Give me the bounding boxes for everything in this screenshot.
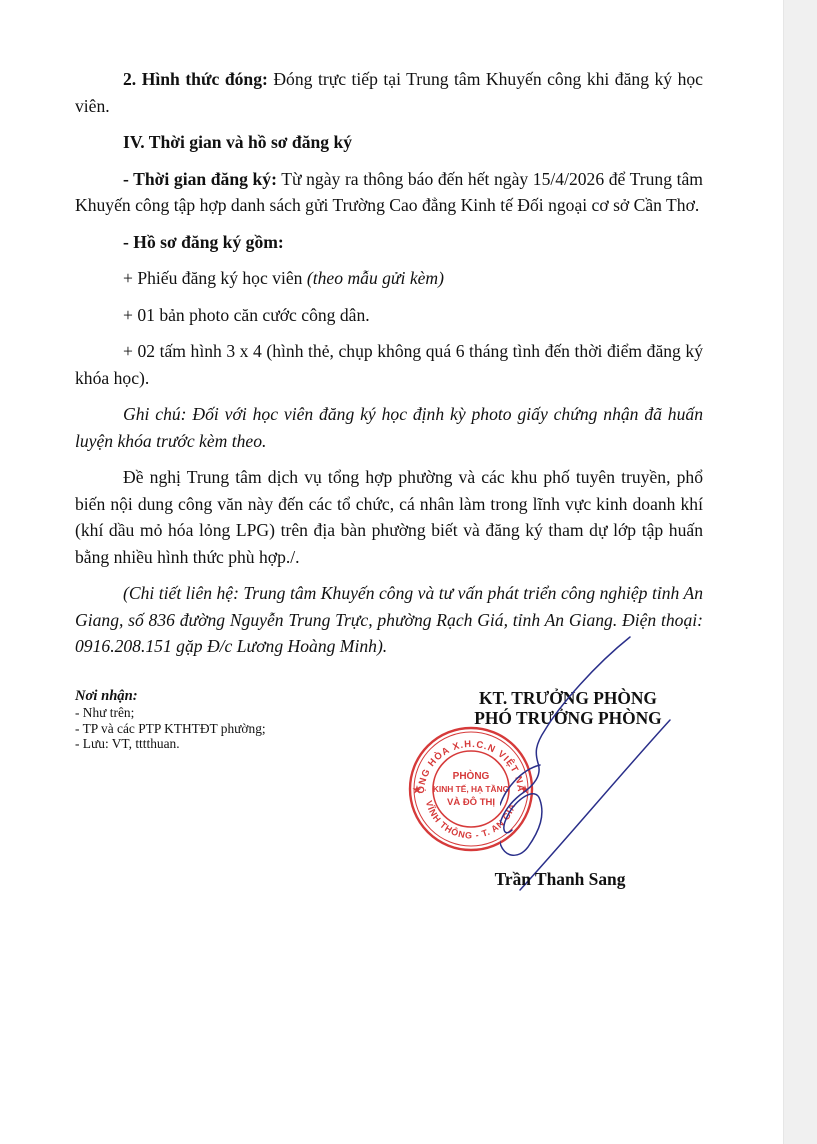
recipients-block: Nơi nhận: - Như trên; - TP và các PTP KT… (75, 688, 395, 752)
stamp-star-icon: ★ (413, 785, 422, 796)
document-item: + 02 tấm hình 3 x 4 (hình thẻ, chụp khôn… (75, 338, 703, 391)
signer-name: Trần Thanh Sang (460, 869, 660, 890)
note-paragraph: Ghi chú: Đối với học viên đăng ký học đị… (75, 401, 703, 454)
document-item: + Phiếu đăng ký học viên (theo mẫu gửi k… (75, 265, 703, 292)
official-stamp-icon: CỘNG HÒA X.H.C.N VIỆT NAM P. VĨNH THÔNG … (406, 724, 536, 854)
registration-time-paragraph: - Thời gian đăng ký: Từ ngày ra thông bá… (75, 166, 703, 219)
section-heading: IV. Thời gian và hồ sơ đăng ký (75, 129, 703, 156)
recipient-item: - TP và các PTP KTHTĐT phường; (75, 721, 395, 737)
signer-title-block: KT. TRƯỞNG PHÒNG PHÓ TRƯỞNG PHÒNG (424, 688, 712, 728)
right-margin-strip (784, 0, 817, 1144)
payment-method-paragraph: 2. Hình thức đóng: Đóng trực tiếp tại Tr… (75, 66, 703, 119)
stamp-center-line1: PHÒNG (453, 769, 490, 782)
payment-method-label: 2. Hình thức đóng: (123, 69, 268, 89)
documents-heading: - Hồ sơ đăng ký gồm: (75, 229, 703, 256)
document-item: + 01 bản photo căn cước công dân. (75, 302, 703, 329)
signer-title-line1: KT. TRƯỞNG PHÒNG (424, 688, 712, 708)
stamp-center-line3: VÀ ĐÔ THỊ (447, 796, 495, 808)
document-page: 2. Hình thức đóng: Đóng trực tiếp tại Tr… (0, 0, 784, 1144)
contact-paragraph: (Chi tiết liên hệ: Trung tâm Khuyến công… (75, 580, 703, 660)
recipient-item: - Như trên; (75, 705, 395, 721)
request-paragraph: Đề nghị Trung tâm dịch vụ tổng hợp phườn… (75, 464, 703, 570)
stamp-star-icon: ★ (521, 785, 530, 796)
registration-time-label: - Thời gian đăng ký: (123, 169, 277, 189)
stamp-center-line2: KINH TẾ, HẠ TẦNG (433, 784, 509, 794)
recipients-title: Nơi nhận: (75, 688, 395, 705)
recipient-item: - Lưu: VT, tttthuan. (75, 736, 395, 752)
document-body: 2. Hình thức đóng: Đóng trực tiếp tại Tr… (75, 66, 703, 660)
